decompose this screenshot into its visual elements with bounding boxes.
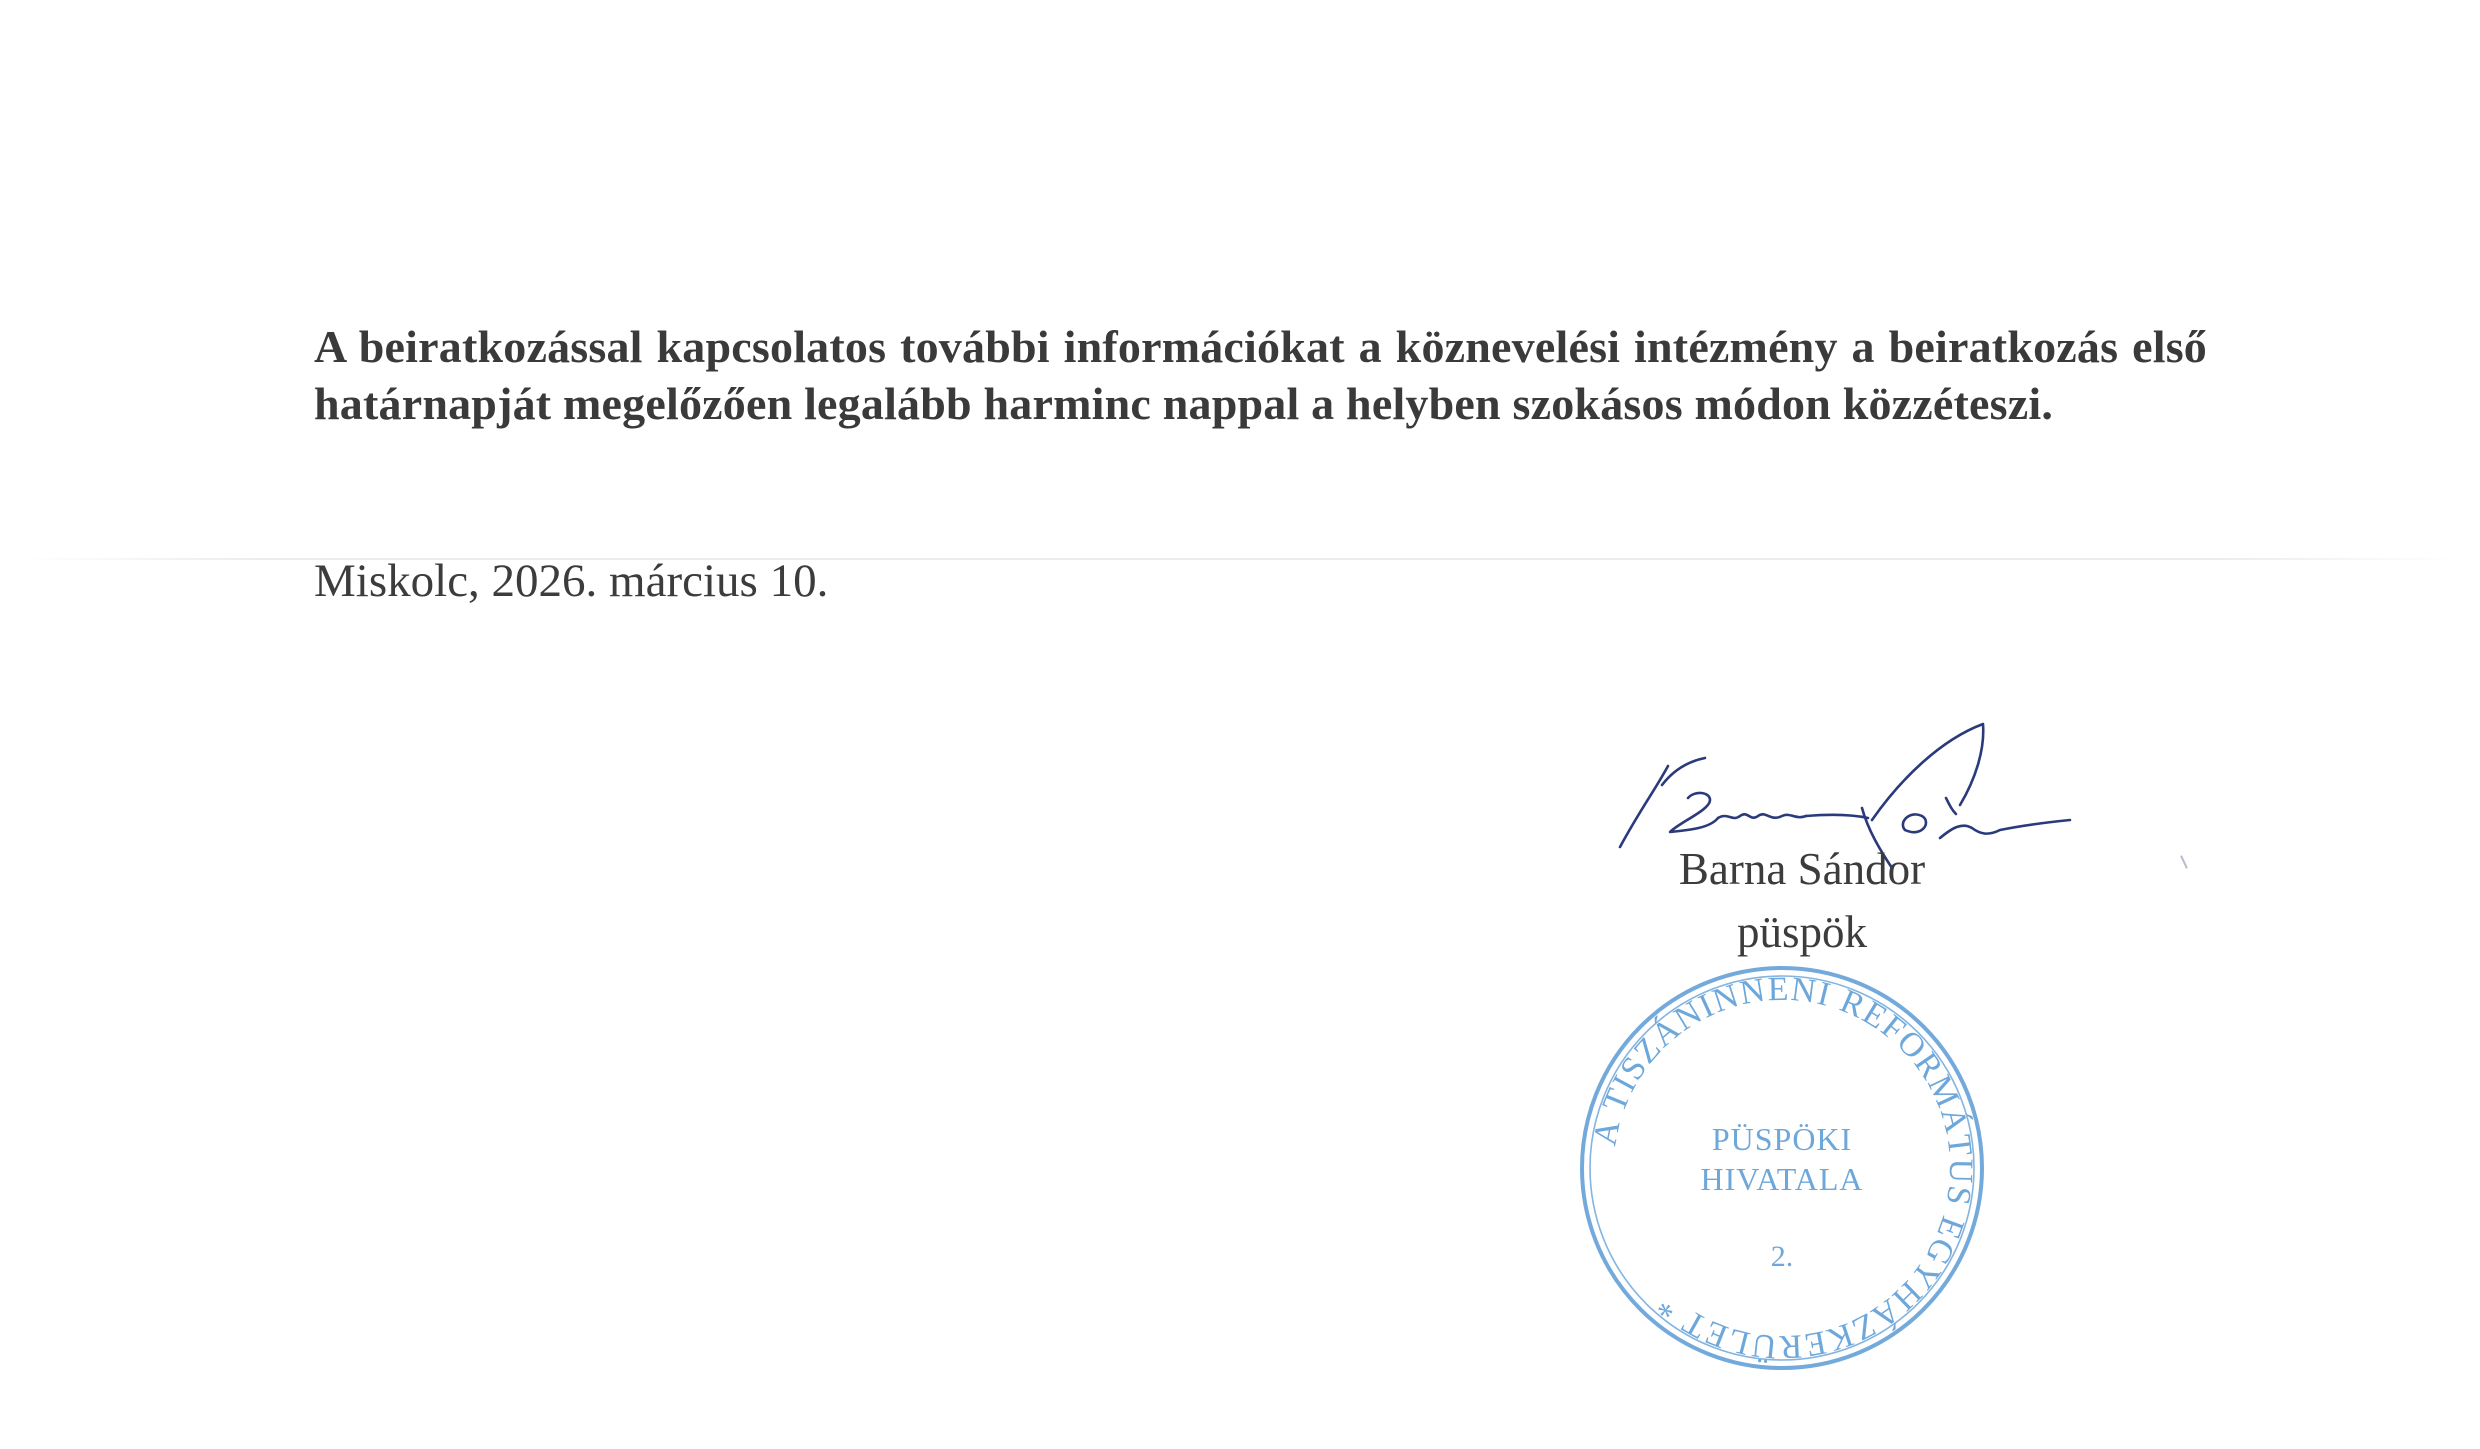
official-stamp-icon: A TISZÁNINNENI REFORMÁTUS EGYHÁZKERÜLET …	[1572, 958, 1992, 1378]
document-page: A beiratkozással kapcsolatos további inf…	[0, 0, 2480, 1449]
stray-pen-mark	[2180, 855, 2188, 869]
signer-title: püspök	[1652, 905, 1952, 959]
stamp-center-line-1: PÜSPÖKI	[1712, 1121, 1852, 1157]
signer-name: Barna Sándor	[1652, 842, 1952, 896]
stamp-center-line-2: HIVATALA	[1700, 1161, 1863, 1197]
enrollment-notice-paragraph: A beiratkozással kapcsolatos további inf…	[314, 318, 2207, 432]
place-and-date: Miskolc, 2026. március 10.	[314, 553, 828, 610]
stamp-number: 2.	[1771, 1240, 1794, 1273]
